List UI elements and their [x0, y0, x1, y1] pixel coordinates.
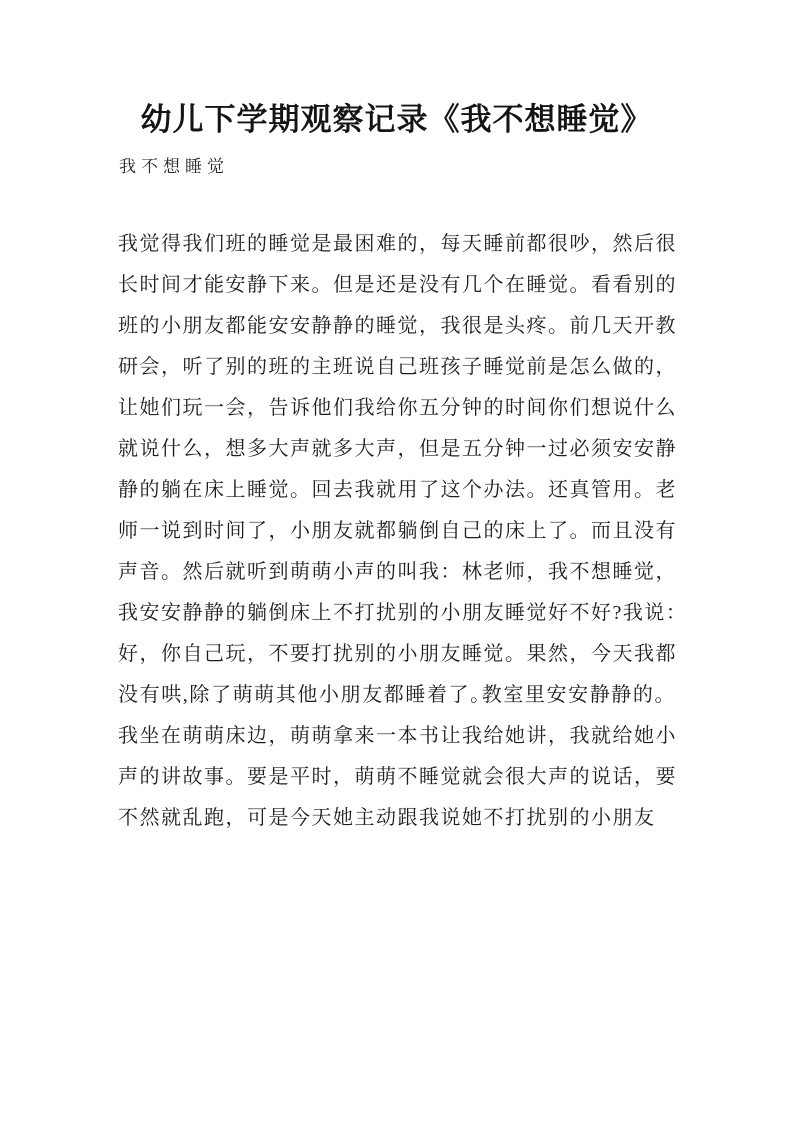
body-line: 长时间才能安静下来。但是还是没有几个在睡觉。看看别的: [118, 265, 676, 306]
body-line: 我觉得我们班的睡觉是最困难的，每天睡前都很吵，然后很: [118, 224, 676, 265]
document-body: 我觉得我们班的睡觉是最困难的，每天睡前都很吵，然后很 长时间才能安静下来。但是还…: [118, 224, 676, 839]
body-line: 没有哄,除了萌萌其他小朋友都睡着了｡教室里安安静静的。: [118, 675, 676, 716]
body-line: 班的小朋友都能安安静静的睡觉，我很是头疼。前几天开教: [118, 306, 676, 347]
document-title: 幼儿下学期观察记录《我不想睡觉》: [0, 94, 793, 139]
body-line: 静的躺在床上睡觉。回去我就用了这个办法。还真管用。老: [118, 470, 676, 511]
body-line: 让她们玩一会，告诉他们我给你五分钟的时间你们想说什么: [118, 388, 676, 429]
body-line: 不然就乱跑，可是今天她主动跟我说她不打扰别的小朋友: [118, 798, 676, 839]
body-line: 研会，听了别的班的主班说自己班孩子睡觉前是怎么做的，: [118, 347, 676, 388]
body-line: 就说什么，想多大声就多大声，但是五分钟一过必须安安静: [118, 429, 676, 470]
document-subtitle: 我不想睡觉: [119, 152, 229, 177]
body-line: 师一说到时间了，小朋友就都躺倒自己的床上了。而且没有: [118, 511, 676, 552]
body-line: 声音。然后就听到萌萌小声的叫我：林老师，我不想睡觉，: [118, 552, 676, 593]
body-line: 好，你自己玩，不要打扰别的小朋友睡觉。果然，今天我都: [118, 634, 676, 675]
document-page: 幼儿下学期观察记录《我不想睡觉》 我不想睡觉 我觉得我们班的睡觉是最困难的，每天…: [0, 0, 793, 1122]
body-line: 声的讲故事。要是平时，萌萌不睡觉就会很大声的说话，要: [118, 757, 676, 798]
body-line: 我坐在萌萌床边，萌萌拿来一本书让我给她讲，我就给她小: [118, 716, 676, 757]
body-line: 我安安静静的躺倒床上不打扰别的小朋友睡觉好不好?我说：: [118, 593, 676, 634]
